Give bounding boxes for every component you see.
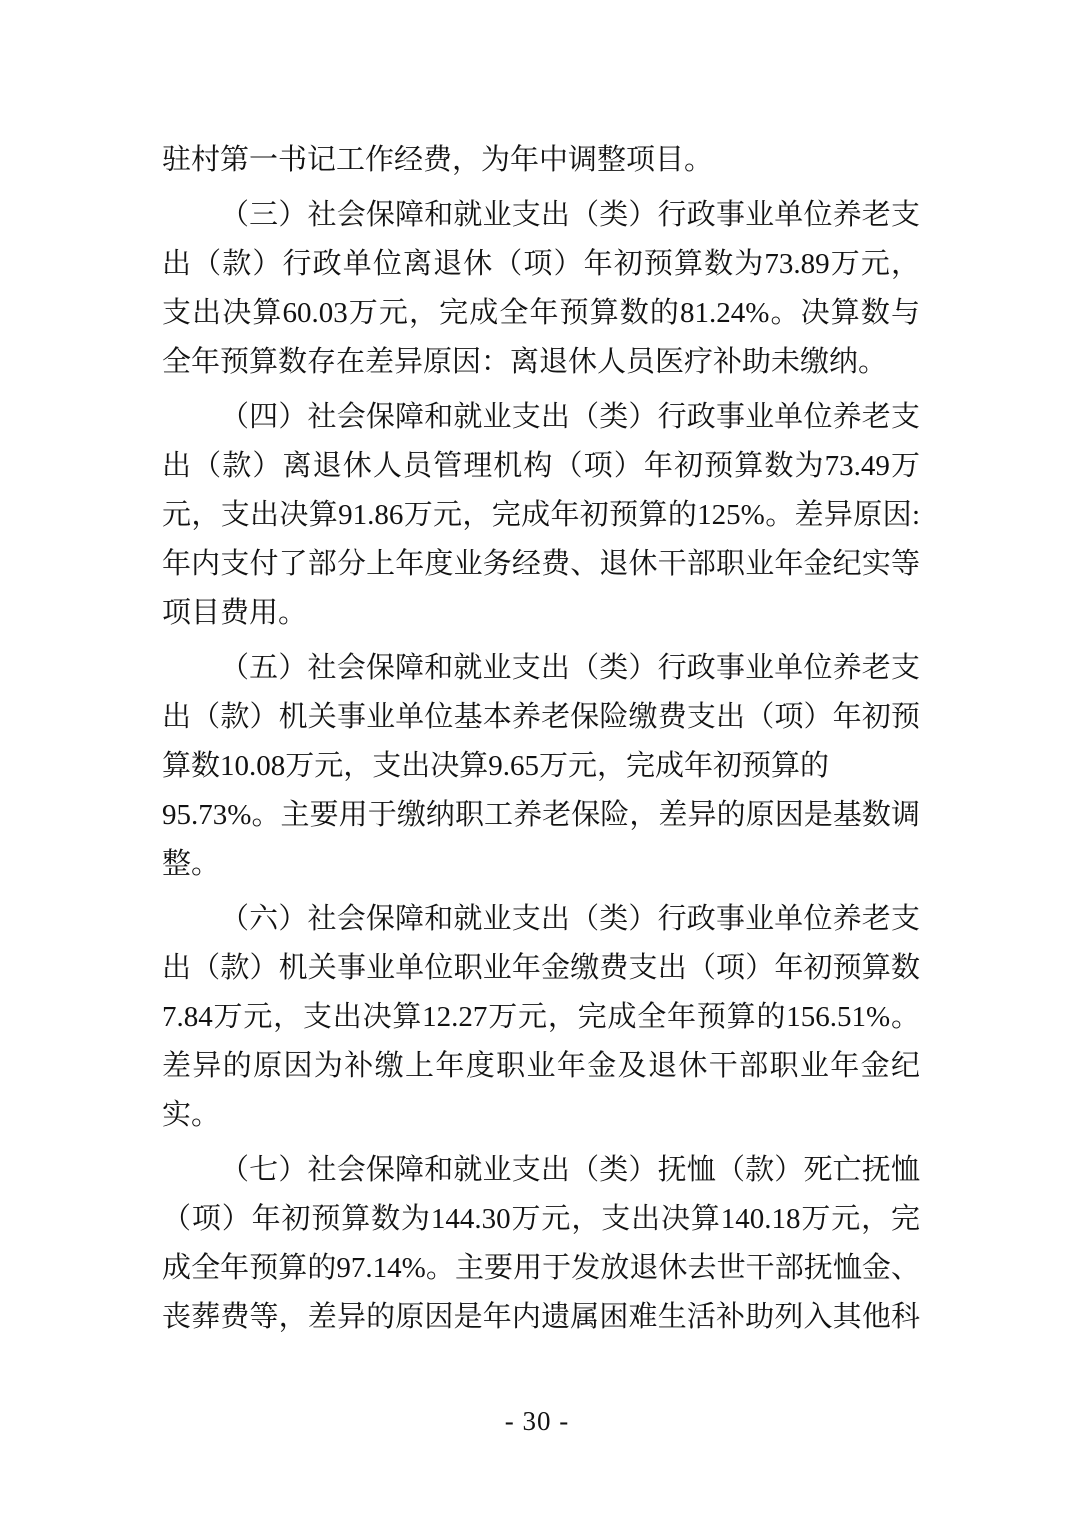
page-number: - 30 -	[0, 1406, 1074, 1437]
text-line: 全年预算数存在差异原因：离退休人员医疗补助未缴纳。	[162, 338, 920, 387]
paragraph: （六）社会保障和就业支出（类）行政事业单位养老支出（款）机关事业单位职业年金缴费…	[162, 895, 920, 1140]
text-line: （项）年初预算数为144.30万元，支出决算140.18万元，完	[162, 1195, 920, 1244]
text-line: 出（款）行政单位离退休（项）年初预算数为73.89万元，	[162, 240, 920, 289]
text-line: 出（款）离退休人员管理机构（项）年初预算数为73.49万	[162, 442, 920, 491]
text-line: 差异的原因为补缴上年度职业年金及退休干部职业年金纪	[162, 1042, 920, 1091]
paragraph: （五）社会保障和就业支出（类）行政事业单位养老支出（款）机关事业单位基本养老保险…	[162, 644, 920, 889]
text-line: 整。	[162, 840, 920, 889]
text-line: 出（款）机关事业单位基本养老保险缴费支出（项）年初预	[162, 693, 920, 742]
text-line: （七）社会保障和就业支出（类）抚恤（款）死亡抚恤	[162, 1146, 920, 1195]
paragraph: 驻村第一书记工作经费，为年中调整项目。	[162, 136, 920, 185]
text-line: （四）社会保障和就业支出（类）行政事业单位养老支	[162, 393, 920, 442]
text-line: 元，支出决算91.86万元，完成年初预算的125%。差异原因:	[162, 491, 920, 540]
paragraph: （七）社会保障和就业支出（类）抚恤（款）死亡抚恤（项）年初预算数为144.30万…	[162, 1146, 920, 1342]
text-line: 支出决算60.03万元，完成全年预算数的81.24%。决算数与	[162, 289, 920, 338]
paragraph: （四）社会保障和就业支出（类）行政事业单位养老支出（款）离退休人员管理机构（项）…	[162, 393, 920, 638]
text-line: 算数10.08万元，支出决算9.65万元，完成年初预算的	[162, 742, 920, 791]
document-body: 驻村第一书记工作经费，为年中调整项目。（三）社会保障和就业支出（类）行政事业单位…	[162, 136, 920, 1342]
text-line: 成全年预算的97.14%。主要用于发放退休去世干部抚恤金、	[162, 1244, 920, 1293]
text-line: 出（款）机关事业单位职业年金缴费支出（项）年初预算数	[162, 944, 920, 993]
text-line: 实。	[162, 1091, 920, 1140]
text-line: 项目费用。	[162, 589, 920, 638]
text-line: （三）社会保障和就业支出（类）行政事业单位养老支	[162, 191, 920, 240]
text-line: 95.73%。主要用于缴纳职工养老保险，差异的原因是基数调	[162, 791, 920, 840]
document-page: 驻村第一书记工作经费，为年中调整项目。（三）社会保障和就业支出（类）行政事业单位…	[0, 0, 1074, 1520]
text-line: （五）社会保障和就业支出（类）行政事业单位养老支	[162, 644, 920, 693]
text-line: 年内支付了部分上年度业务经费、退休干部职业年金纪实等	[162, 540, 920, 589]
text-line: 驻村第一书记工作经费，为年中调整项目。	[162, 136, 920, 185]
text-line: （六）社会保障和就业支出（类）行政事业单位养老支	[162, 895, 920, 944]
text-line: 7.84万元，支出决算12.27万元，完成全年预算的156.51%。	[162, 993, 920, 1042]
paragraph: （三）社会保障和就业支出（类）行政事业单位养老支出（款）行政单位离退休（项）年初…	[162, 191, 920, 387]
text-line: 丧葬费等，差异的原因是年内遗属困难生活补助列入其他科	[162, 1293, 920, 1342]
